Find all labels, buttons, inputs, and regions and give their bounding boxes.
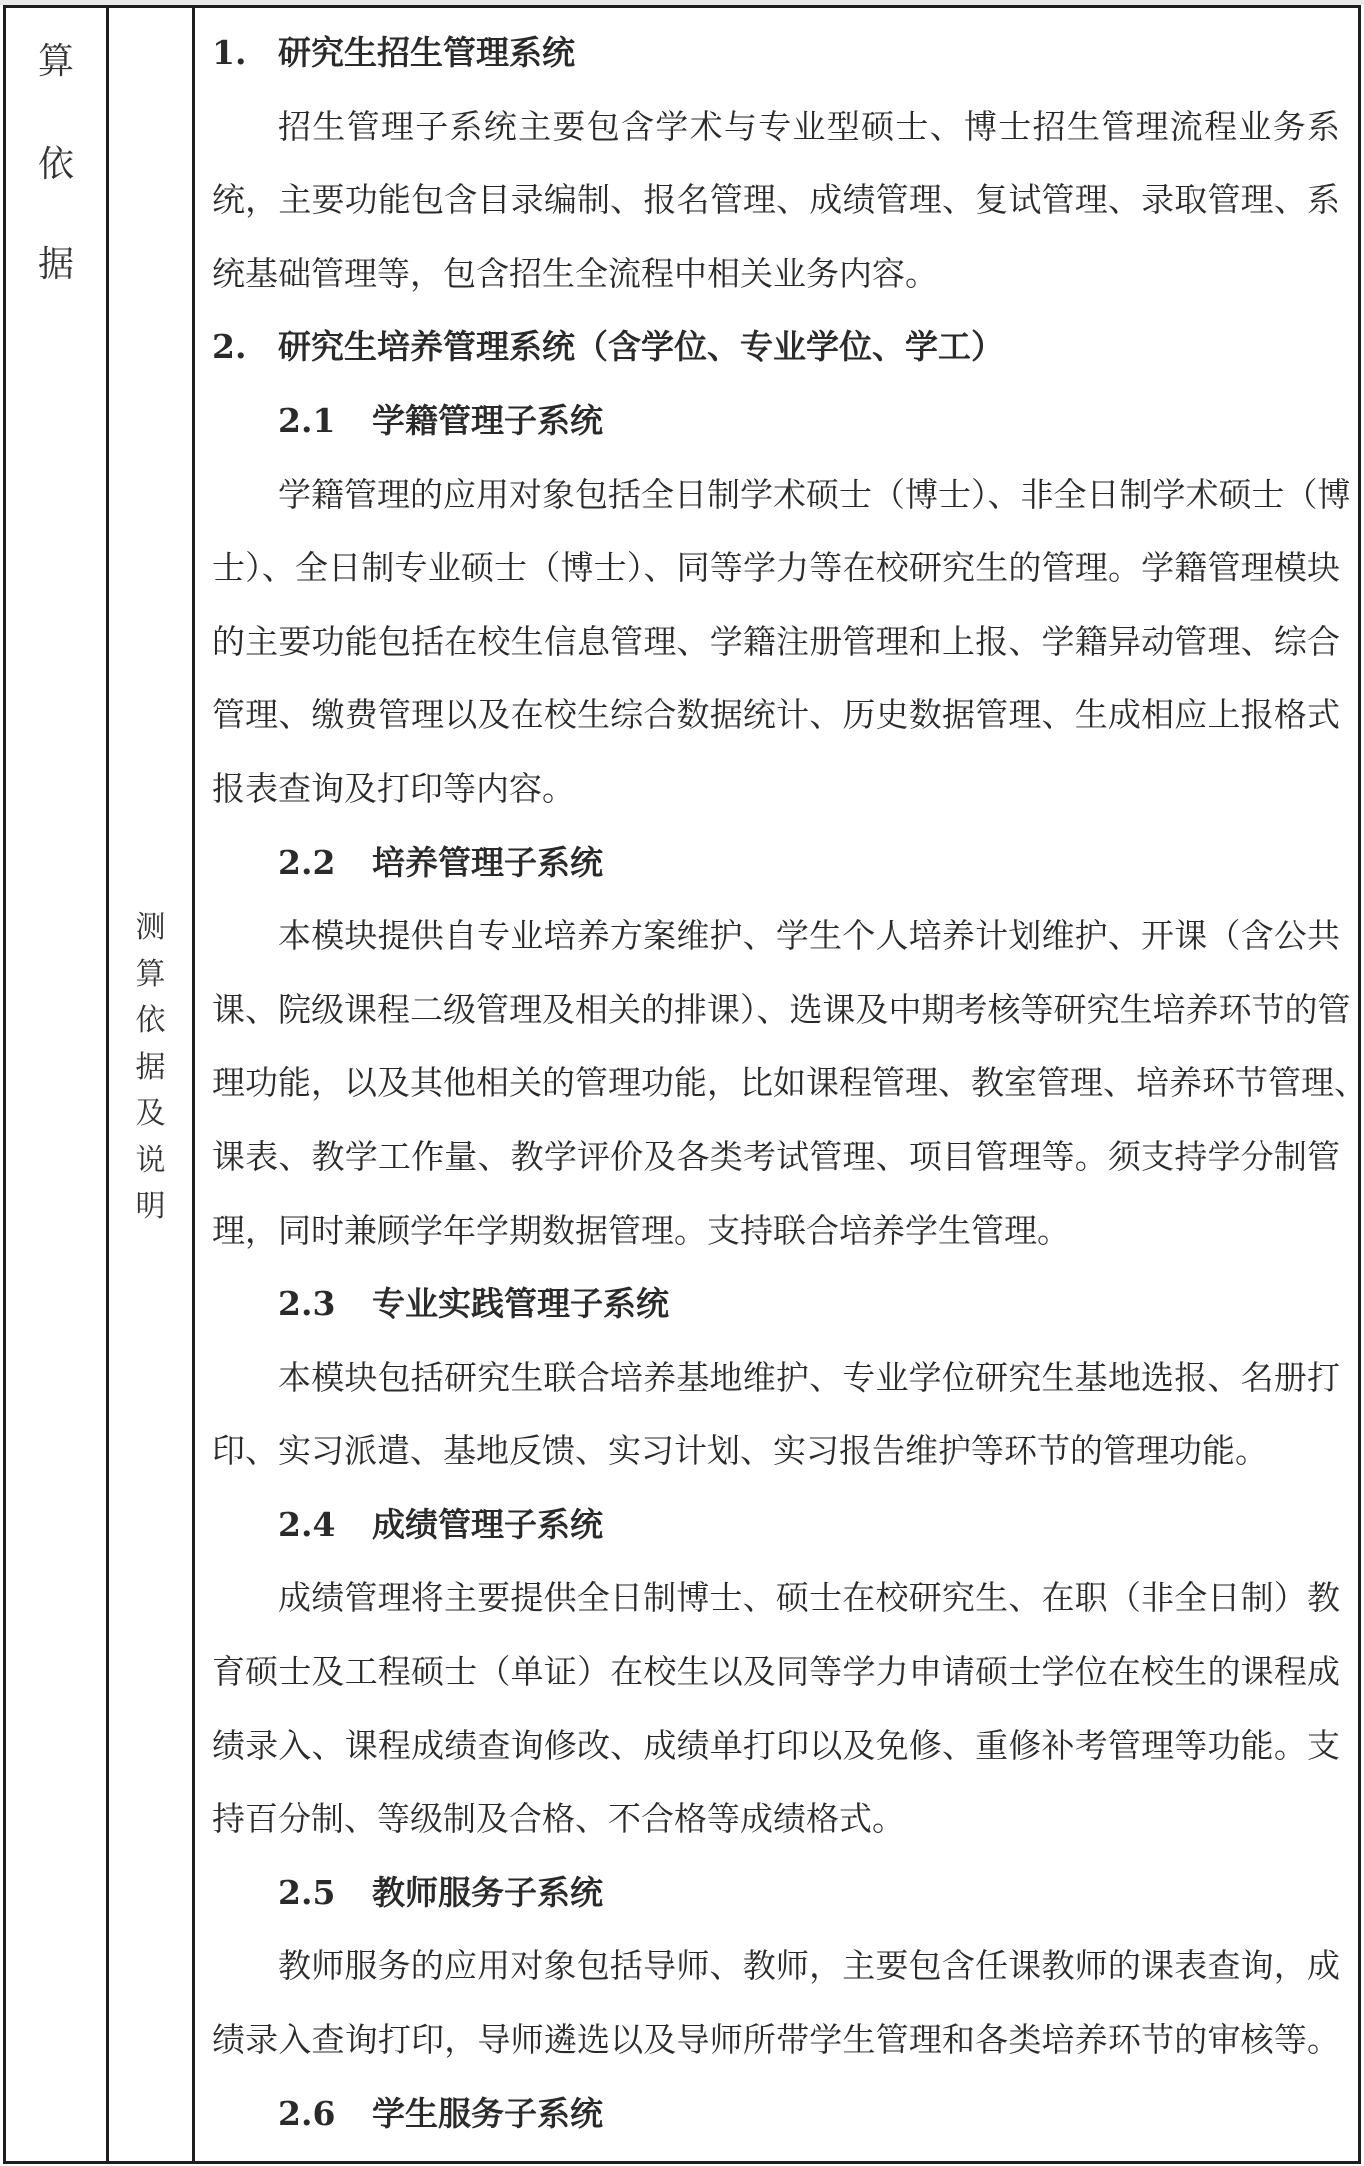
paragraph-line: 绩录入、课程成绩查询修改、成绩单打印以及免修、重修补考管理等功能。支	[212, 1709, 1340, 1783]
heading-text: 教师服务子系统	[372, 1873, 603, 1912]
paragraph-line: 统，主要功能包含目录编制、报名管理、成绩管理、复试管理、录取管理、系	[212, 163, 1340, 237]
paragraph-line: 成绩管理将主要提供全日制博士、硕士在校研究生、在职（非全日制）教	[212, 1561, 1340, 1635]
paragraph-line: 报表查询及打印等内容。	[212, 752, 1340, 826]
paragraph-line: 本模块提供自专业培养方案维护、学生个人培养计划维护、开课（含公共	[212, 899, 1340, 973]
section-heading: 1.研究生招生管理系统	[212, 16, 1340, 90]
section-label-char: 据	[6, 245, 106, 285]
subsection-heading: 2.3专业实践管理子系统	[212, 1267, 1340, 1341]
section-heading: 2.研究生培养管理系统（含学位、专业学位、学工）	[212, 310, 1340, 384]
paragraph-line: 绩录入查询打印，导师遴选以及导师所带学生管理和各类培养环节的审核等。	[212, 2003, 1340, 2077]
document-table: 算 依 据 测 算 依 据 及 说 明 1.研究生招生管理系统 招生管理子系统主…	[3, 5, 1361, 2164]
heading-number: 2.2	[278, 826, 372, 900]
paragraph-line: 学籍管理的应用对象包括全日制学术硕士（博士）、非全日制学术硕士（博	[212, 458, 1340, 532]
heading-number: 2.6	[278, 2077, 372, 2151]
paragraph-line: 士）、全日制专业硕士（博士）、同等学力等在校研究生的管理。学籍管理模块	[212, 531, 1340, 605]
paragraph-line: 理，同时兼顾学年学期数据管理。支持联合培养学生管理。	[212, 1194, 1340, 1268]
subsection-heading: 2.4成绩管理子系统	[212, 1488, 1340, 1562]
paragraph-line: 理功能，以及其他相关的管理功能，比如课程管理、教室管理、培养环节管理、	[212, 1046, 1340, 1120]
subsection-heading: 2.5教师服务子系统	[212, 1856, 1340, 1930]
heading-text: 培养管理子系统	[372, 843, 603, 882]
label-char: 据	[109, 1045, 192, 1092]
heading-number: 2.	[212, 310, 278, 384]
label-char: 说	[109, 1138, 192, 1185]
paragraph-line: 教师服务的应用对象包括导师、教师，主要包含任课教师的课表查询，成	[212, 1929, 1340, 2003]
paragraph-line: 的主要功能包括在校生信息管理、学籍注册管理和上报、学籍异动管理、综合	[212, 605, 1340, 679]
heading-number: 2.3	[278, 1267, 372, 1341]
heading-text: 研究生招生管理系统	[278, 33, 575, 72]
subsection-heading: 2.2培养管理子系统	[212, 826, 1340, 900]
label-char: 及	[109, 1091, 192, 1138]
paragraph-line: 持百分制、等级制及合格、不合格等成绩格式。	[212, 1782, 1340, 1856]
heading-number: 2.5	[278, 1856, 372, 1930]
heading-text: 专业实践管理子系统	[372, 1284, 669, 1323]
section-label-char: 算	[6, 42, 106, 82]
paragraph-line: 本模块包括研究生联合培养基地维护、专业学位研究生基地选报、名册打	[212, 1341, 1340, 1415]
heading-number: 2.4	[278, 1488, 372, 1562]
calculation-basis-label: 测 算 依 据 及 说 明	[109, 905, 192, 1231]
paragraph-line: 招生管理子系统主要包含学术与专业型硕士、博士招生管理流程业务系	[212, 90, 1340, 164]
heading-text: 研究生培养管理系统（含学位、专业学位、学工）	[278, 327, 1004, 366]
paragraph-line: 课、院级课程二级管理及相关的排课）、选课及中期考核等研究生培养环节的管	[212, 973, 1340, 1047]
label-char: 算	[109, 952, 192, 999]
heading-text: 成绩管理子系统	[372, 1505, 603, 1544]
heading-number: 2.1	[278, 384, 372, 458]
heading-text: 学籍管理子系统	[372, 401, 603, 440]
paragraph-line: 课表、教学工作量、教学评价及各类考试管理、项目管理等。须支持学分制管	[212, 1120, 1340, 1194]
subsection-heading: 2.1学籍管理子系统	[212, 384, 1340, 458]
section-label-char: 依	[6, 145, 106, 185]
label-char: 明	[109, 1184, 192, 1231]
column-divider-2	[192, 8, 195, 2161]
label-char: 依	[109, 998, 192, 1045]
paragraph-line: 育硕士及工程硕士（单证）在校生以及同等学力申请硕士学位在校生的课程成	[212, 1635, 1340, 1709]
heading-number: 1.	[212, 16, 278, 90]
heading-text: 学生服务子系统	[372, 2094, 603, 2133]
paragraph-line: 统基础管理等，包含招生全流程中相关业务内容。	[212, 237, 1340, 311]
paragraph-line: 管理、缴费管理以及在校生综合数据统计、历史数据管理、生成相应上报格式	[212, 678, 1340, 752]
content-cell: 1.研究生招生管理系统 招生管理子系统主要包含学术与专业型硕士、博士招生管理流程…	[212, 16, 1340, 2150]
paragraph-line: 印、实习派遣、基地反馈、实习计划、实习报告维护等环节的管理功能。	[212, 1414, 1340, 1488]
subsection-heading: 2.6学生服务子系统	[212, 2077, 1340, 2151]
label-char: 测	[109, 905, 192, 952]
